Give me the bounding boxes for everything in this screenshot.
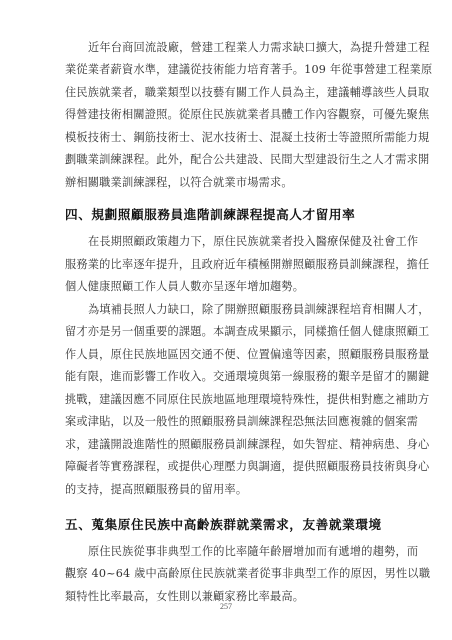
paragraph-1-line-1: 近年台商回流設廠，營建工程業人力需求缺口擴大，為提升營建工程 <box>88 41 399 55</box>
paragraph-3-line-2: 留才亦是另一個重要的課題。本調查成果顯示，同樣擔任個人健康照顧工 <box>65 325 399 339</box>
paragraph-2-line-2: 服務業的比率逐年提升，且政府近年積極開辦照顧服務員訓練課程，擔任 <box>65 258 399 272</box>
paragraph-1-line-7: 辦相關職業訓練課程，以符合就業市場需求。 <box>65 176 399 190</box>
paragraph-1-line-3: 住民族就業者，職業類型以技藝有關工作人員為主，建議輔導該些人員取 <box>65 86 399 100</box>
section-heading-4: 四、規劃照顧服務員進階訓練課程提高人才留用率 <box>65 207 355 223</box>
paragraph-3-line-6: 案或津貼，以及一般性的照顧服務員訓練課程恐無法回應複雜的個案需 <box>65 415 399 429</box>
paragraph-3-line-9: 的支持，提高照顧服務員的留用率。 <box>65 483 399 497</box>
paragraph-1-line-2: 業從業者薪資水準，建議從技術能力培育著手。109 年從事營建工程業原 <box>65 63 399 77</box>
paragraph-3-line-7: 求，建議開設進階性的照顧服務員訓練課程，如失智症、精神病患、身心 <box>65 438 399 452</box>
section-heading-5: 五、蒐集原住民族中高齡族群就業需求，友善就業環境 <box>65 517 382 533</box>
paragraph-3-line-4: 能有限，進而影響工作收入。交通環境與第一線服務的艱辛是留才的關鍵 <box>65 370 399 384</box>
paragraph-4-line-1: 原住民族從事非典型工作的比率隨年齡層增加而有遞增的趨勢，而 <box>88 545 399 559</box>
paragraph-2-line-3: 個人健康照顧工作人員人數亦呈逐年增加趨勢。 <box>65 280 399 294</box>
page-number: 257 <box>0 602 452 611</box>
paragraph-1-line-4: 得營建技術相關證照。從原住民族就業者具體工作內容觀察，可優先聚焦 <box>65 108 399 122</box>
document-page: 近年台商回流設廠，營建工程業人力需求缺口擴大，為提升營建工程 業從業者薪資水準，… <box>0 0 452 640</box>
paragraph-3-line-1: 為填補長照人力缺口，除了開辦照顧服務員訓練課程培育相關人才， <box>88 303 399 317</box>
paragraph-1-line-6: 劃職業訓練課程。此外，配合公共建設、民間大型建設衍生之人才需求開 <box>65 153 399 167</box>
paragraph-3-line-5: 挑戰，建議因應不同原住民族地區地理環境特殊性，提供相對應之補助方 <box>65 393 399 407</box>
paragraph-3-line-8: 障礙者等實務課程，或提供心理壓力與調適，提供照顧服務員技術與身心 <box>65 460 399 474</box>
paragraph-4-line-2: 觀察 40~64 歲中高齡原住民族就業者從事非典型工作的原因，男性以職 <box>65 567 399 581</box>
paragraph-2-line-1: 在長期照顧政策趨力下，原住民族就業者投入醫療保健及社會工作 <box>88 235 399 249</box>
paragraph-3-line-3: 作人員，原住民族地區因交通不便、位置偏遠等因素，照顧服務員服務量 <box>65 348 399 362</box>
paragraph-1-line-5: 模板技術士、鋼筋技術士、泥水技術士、混凝土技術士等證照所需能力規 <box>65 131 399 145</box>
